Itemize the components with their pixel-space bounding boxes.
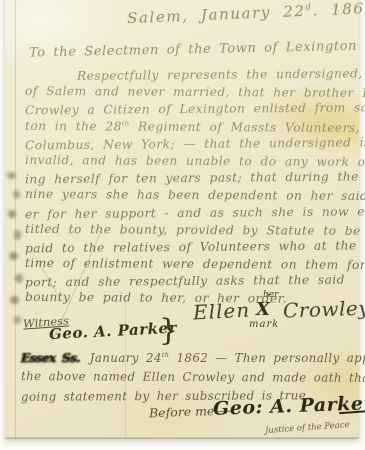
body-line: of Salem and never married, that her bro… <box>25 84 361 99</box>
county-label: Essex Ss. <box>21 351 80 365</box>
justice-title: Justice of the Peace <box>265 420 350 436</box>
signature-mark-label: mark <box>249 319 279 330</box>
letter-paper: Salem, January 22d. 1862. To the Selectm… <box>5 0 359 438</box>
body-line: titled to the bounty, provided by Statut… <box>25 222 361 237</box>
signature-first-name: Ellen <box>192 298 250 325</box>
signature-block: Ellen her X mark Crowley <box>193 292 365 344</box>
witness-brace: } <box>159 313 178 348</box>
body-line-text: ton in the 28 <box>25 119 122 134</box>
ink-smudge <box>14 316 21 324</box>
body-line: paid to the relatives of Volunteers who … <box>25 238 361 254</box>
regiment-superscript: th <box>122 119 130 127</box>
scanned-document: Salem, January 22d. 1862. To the Selectm… <box>0 0 365 450</box>
signature-x-mark: X <box>256 299 270 320</box>
justice-signature: Geo: A. Parker <box>213 392 365 420</box>
ink-smudge <box>14 230 21 240</box>
body-line: Respectfully represents the undersigned,… <box>25 67 361 83</box>
witness-block: Witness Geo. A. Parker } <box>23 311 69 330</box>
body-line: Crowley a Citizen of Lexington enlisted … <box>25 101 361 117</box>
salutation: To the Selectmen of the Town of Lexingto… <box>29 38 365 60</box>
body-line-text: Regiment of Massts Volunteers, now at Fo… <box>130 119 365 135</box>
body-line: time of enlistment were dependent on the… <box>25 256 361 271</box>
ink-smudge <box>15 274 23 283</box>
body-line: er for her support - and as such she is … <box>25 204 361 220</box>
body-line: invalid, and has been unable to do any w… <box>25 153 361 168</box>
ink-smudge <box>13 190 20 199</box>
body-line: nine years she has been dependent on her… <box>25 187 361 202</box>
petition-body: Respectfully represents the undersigned,… <box>25 68 361 309</box>
jurat-text: 1862 — Then personally appeared <box>169 351 365 365</box>
signature-last-name: Crowley <box>283 295 365 322</box>
ink-smudge <box>8 210 16 218</box>
jurat-line-2: the above named Ellen Crowley and made o… <box>21 369 361 385</box>
body-line: ing herself for ten years past; that dur… <box>25 170 361 186</box>
dateline-text: Salem, January 22 <box>127 2 306 27</box>
jurat-text: January 24 <box>90 351 162 365</box>
dateline-year: . 1862. <box>312 0 365 20</box>
body-line: port; and she respectfully asks that the… <box>25 273 361 289</box>
body-line: Columbus, New York; — that the undersign… <box>25 135 361 151</box>
ink-smudge <box>7 172 16 179</box>
ink-smudge <box>9 252 18 260</box>
jurat-line-1: Essex Ss.January 24th 1862 — Then person… <box>21 351 361 365</box>
jurat-block: Essex Ss.January 24th 1862 — Then person… <box>21 351 361 403</box>
fold-line-left <box>15 0 16 437</box>
body-line: ton in the 28th Regiment of Massts Volun… <box>25 119 361 134</box>
ink-smudge <box>10 296 19 304</box>
dateline: Salem, January 22d. 1862. <box>127 0 365 27</box>
